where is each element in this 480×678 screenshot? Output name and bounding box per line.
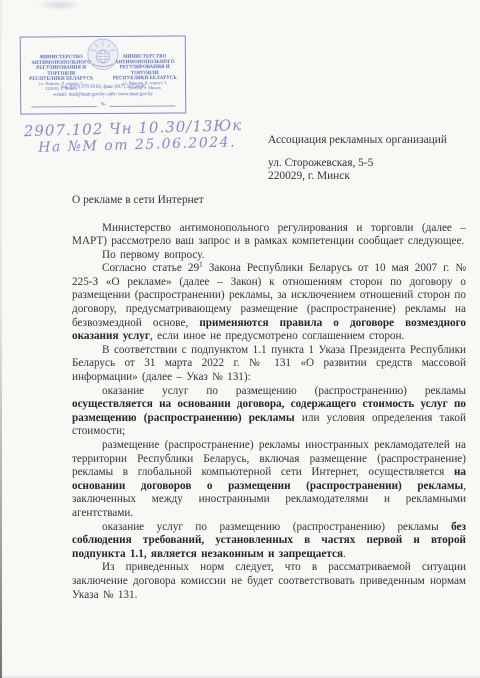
body-paragraph: По первому вопросу. bbox=[72, 249, 466, 263]
body-paragraph: размещение (распространение) рекламы ино… bbox=[72, 439, 466, 521]
letter-content: О рекламе в сети Интернет Министерство а… bbox=[72, 194, 466, 602]
body-paragraph: Из приведенных норм следует, что в рассм… bbox=[72, 561, 466, 602]
recipient-name: Ассоциация рекламных организаций bbox=[268, 134, 447, 148]
scan-smudge bbox=[36, 0, 82, 10]
body-paragraph: оказание услуг по размещению (распростра… bbox=[72, 385, 466, 439]
stamp-text-line: РЕГУЛИРОВАНИЯ И ТОРГОВЛИ bbox=[25, 65, 97, 76]
document-body: Министерство антимонопольного регулирова… bbox=[72, 222, 466, 603]
stamp-email-line: e-mail: mail@mart.gov.by сайт: www.mart.… bbox=[21, 91, 185, 97]
ministry-stamp: МИНИСТЕРСТВОАНТИМОНОПОЛЬНОГОРЕГУЛИРОВАНИ… bbox=[20, 35, 187, 114]
stamp-text-line: РЕГУЛИРОВАНИЯ И ТОРГОВЛИ bbox=[109, 65, 181, 76]
stamp-date-rule bbox=[31, 100, 96, 107]
subject-line: О рекламе в сети Интернет bbox=[72, 194, 466, 208]
recipient-block: Ассоциация рекламных организаций ул. Сто… bbox=[268, 134, 447, 184]
stamp-number-label: № bbox=[101, 101, 106, 107]
handwritten-note: 2907.102 Чн 10.30/13Юк На №М от 25.06.20… bbox=[24, 117, 255, 156]
body-paragraph: оказание услуг по размещению (распростра… bbox=[72, 521, 466, 562]
recipient-street: ул. Сторожевская, 5-5 bbox=[268, 157, 447, 171]
stamp-number-rule bbox=[110, 100, 175, 107]
recipient-city: 220029, г. Минск bbox=[268, 170, 447, 184]
scan-edge-left bbox=[0, 0, 2, 678]
ministry-stamp-inner: МИНИСТЕРСТВОАНТИМОНОПОЛЬНОГОРЕГУЛИРОВАНИ… bbox=[21, 36, 186, 113]
stamp-number-line: № bbox=[31, 100, 175, 107]
body-paragraph: В соответствии с подпунктом 1.1 пункта 1… bbox=[72, 344, 466, 385]
body-paragraph: Министерство антимонопольного регулирова… bbox=[72, 222, 466, 249]
scanned-letter-page: МИНИСТЕРСТВОАНТИМОНОПОЛЬНОГОРЕГУЛИРОВАНИ… bbox=[0, 0, 480, 678]
body-paragraph: Согласно статье 291 Закона Республики Бе… bbox=[72, 262, 466, 344]
